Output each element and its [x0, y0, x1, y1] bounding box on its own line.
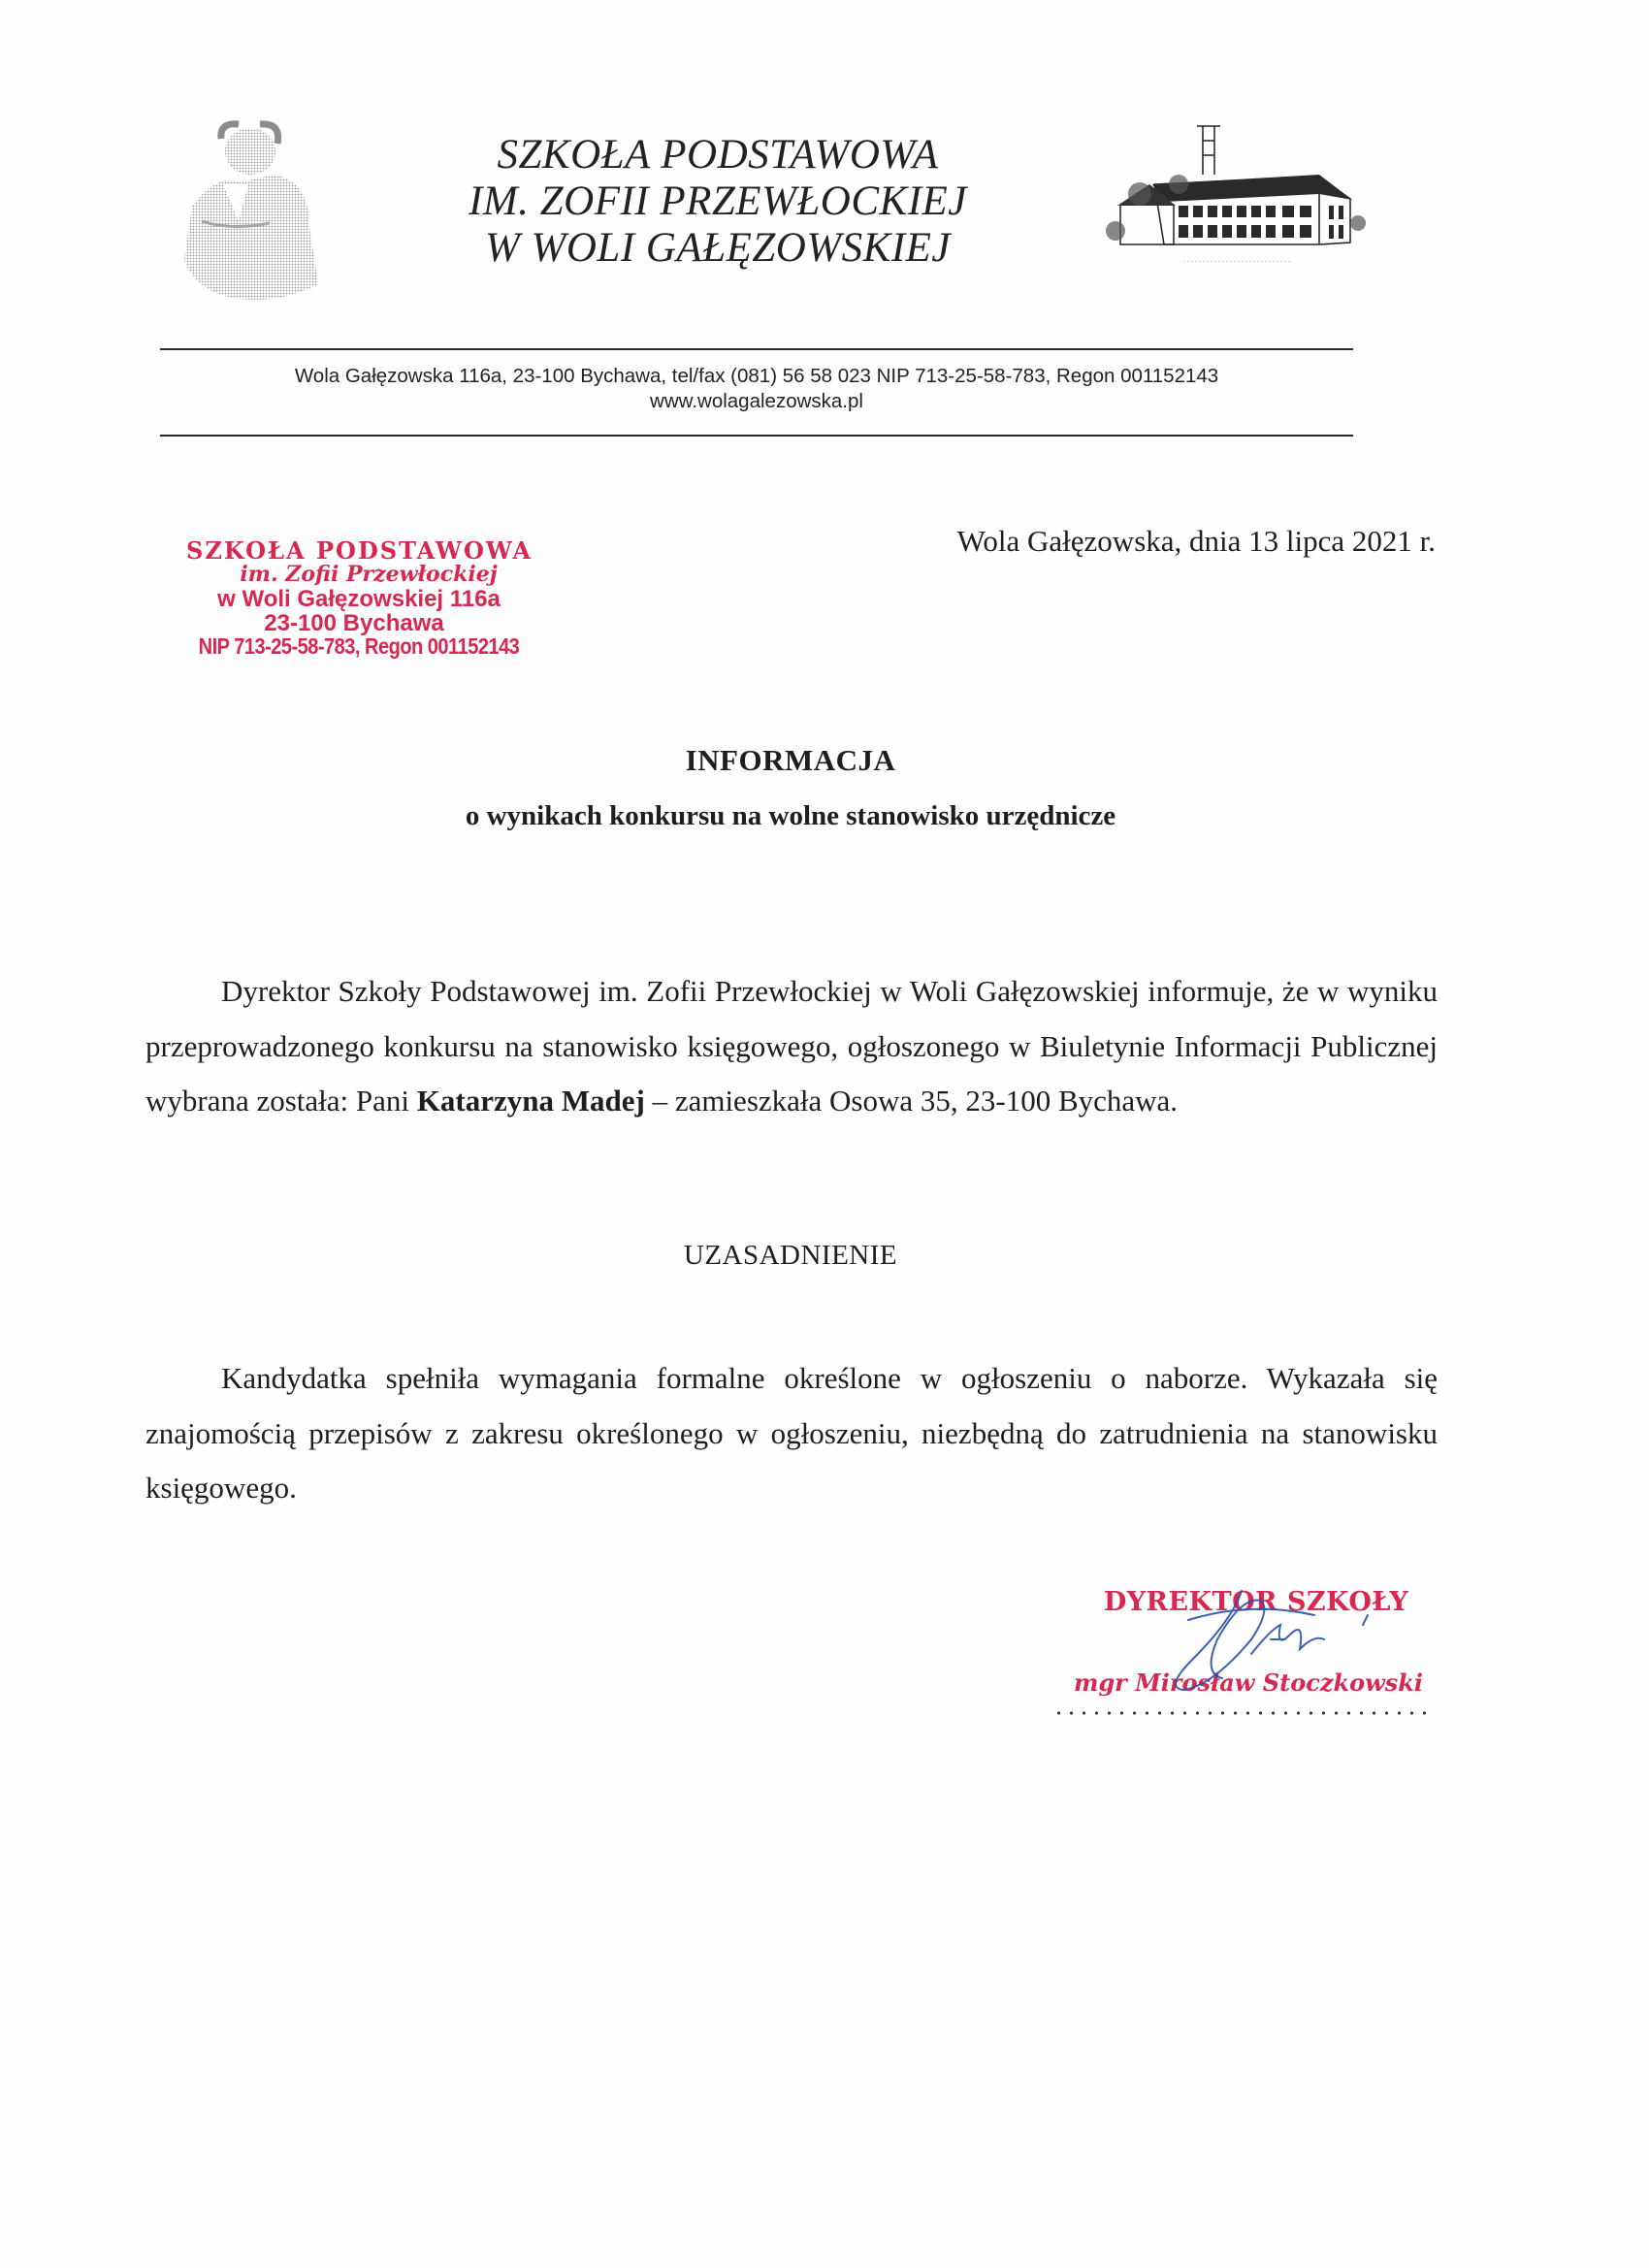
signature-dotted-line — [1052, 1711, 1436, 1715]
justification-paragraph: Kandydatka spełniła wymagania formalne o… — [145, 1351, 1438, 1516]
school-name-line-3: W WOLI GAŁĘZOWSKIEJ — [388, 225, 1048, 272]
justification-text: Kandydatka spełniła wymagania formalne o… — [145, 1361, 1438, 1505]
stamp-line-4: 23-100 Bychawa — [175, 611, 543, 635]
school-name-heading: SZKOŁA PODSTAWOWA IM. ZOFII PRZEWŁOCKIEJ… — [388, 132, 1048, 272]
address-line: Wola Gałęzowska 116a, 23-100 Bychawa, te… — [160, 364, 1353, 389]
date-place-line: Wola Gałęzowska, dnia 13 lipca 2021 r. — [921, 524, 1436, 559]
stamp-line-1: SZKOŁA PODSTAWOWA — [175, 538, 543, 563]
school-name-line-2: IM. ZOFII PRZEWŁOCKIEJ — [388, 178, 1048, 225]
stamp-line-5: NIP 713-25-58-783, Regon 001152143 — [175, 633, 543, 662]
stamp-line-3: w Woli Gałęzowskiej 116a — [175, 587, 543, 611]
school-building-icon — [1096, 116, 1368, 262]
document-title: INFORMACJA — [0, 743, 1581, 778]
school-stamp: SZKOŁA PODSTAWOWA im. Zofii Przewłockiej… — [175, 538, 543, 660]
selected-candidate-name: Katarzyna Madej — [417, 1084, 645, 1118]
stamp-line-2: im. Zofii Przewłockiej — [175, 563, 543, 587]
paragraph-text-after: – zamieszkała Osowa 35, 23-100 Bychawa. — [645, 1084, 1178, 1118]
website-link[interactable]: www.wolagalezowska.pl — [160, 389, 1353, 414]
school-name-line-1: SZKOŁA PODSTAWOWA — [388, 132, 1048, 178]
address-block: Wola Gałęzowska 116a, 23-100 Bychawa, te… — [160, 364, 1353, 414]
announcement-paragraph: Dyrektor Szkoły Podstawowej im. Zofii Pr… — [145, 964, 1438, 1129]
header-divider-top — [160, 348, 1353, 350]
justification-heading: UZASADNIENIE — [0, 1240, 1581, 1272]
patron-portrait-icon — [163, 114, 342, 308]
handwritten-signature-icon — [1115, 1581, 1406, 1707]
document-subtitle: o wynikach konkursu na wolne stanowisko … — [0, 800, 1581, 832]
header-divider-bottom — [160, 435, 1353, 437]
